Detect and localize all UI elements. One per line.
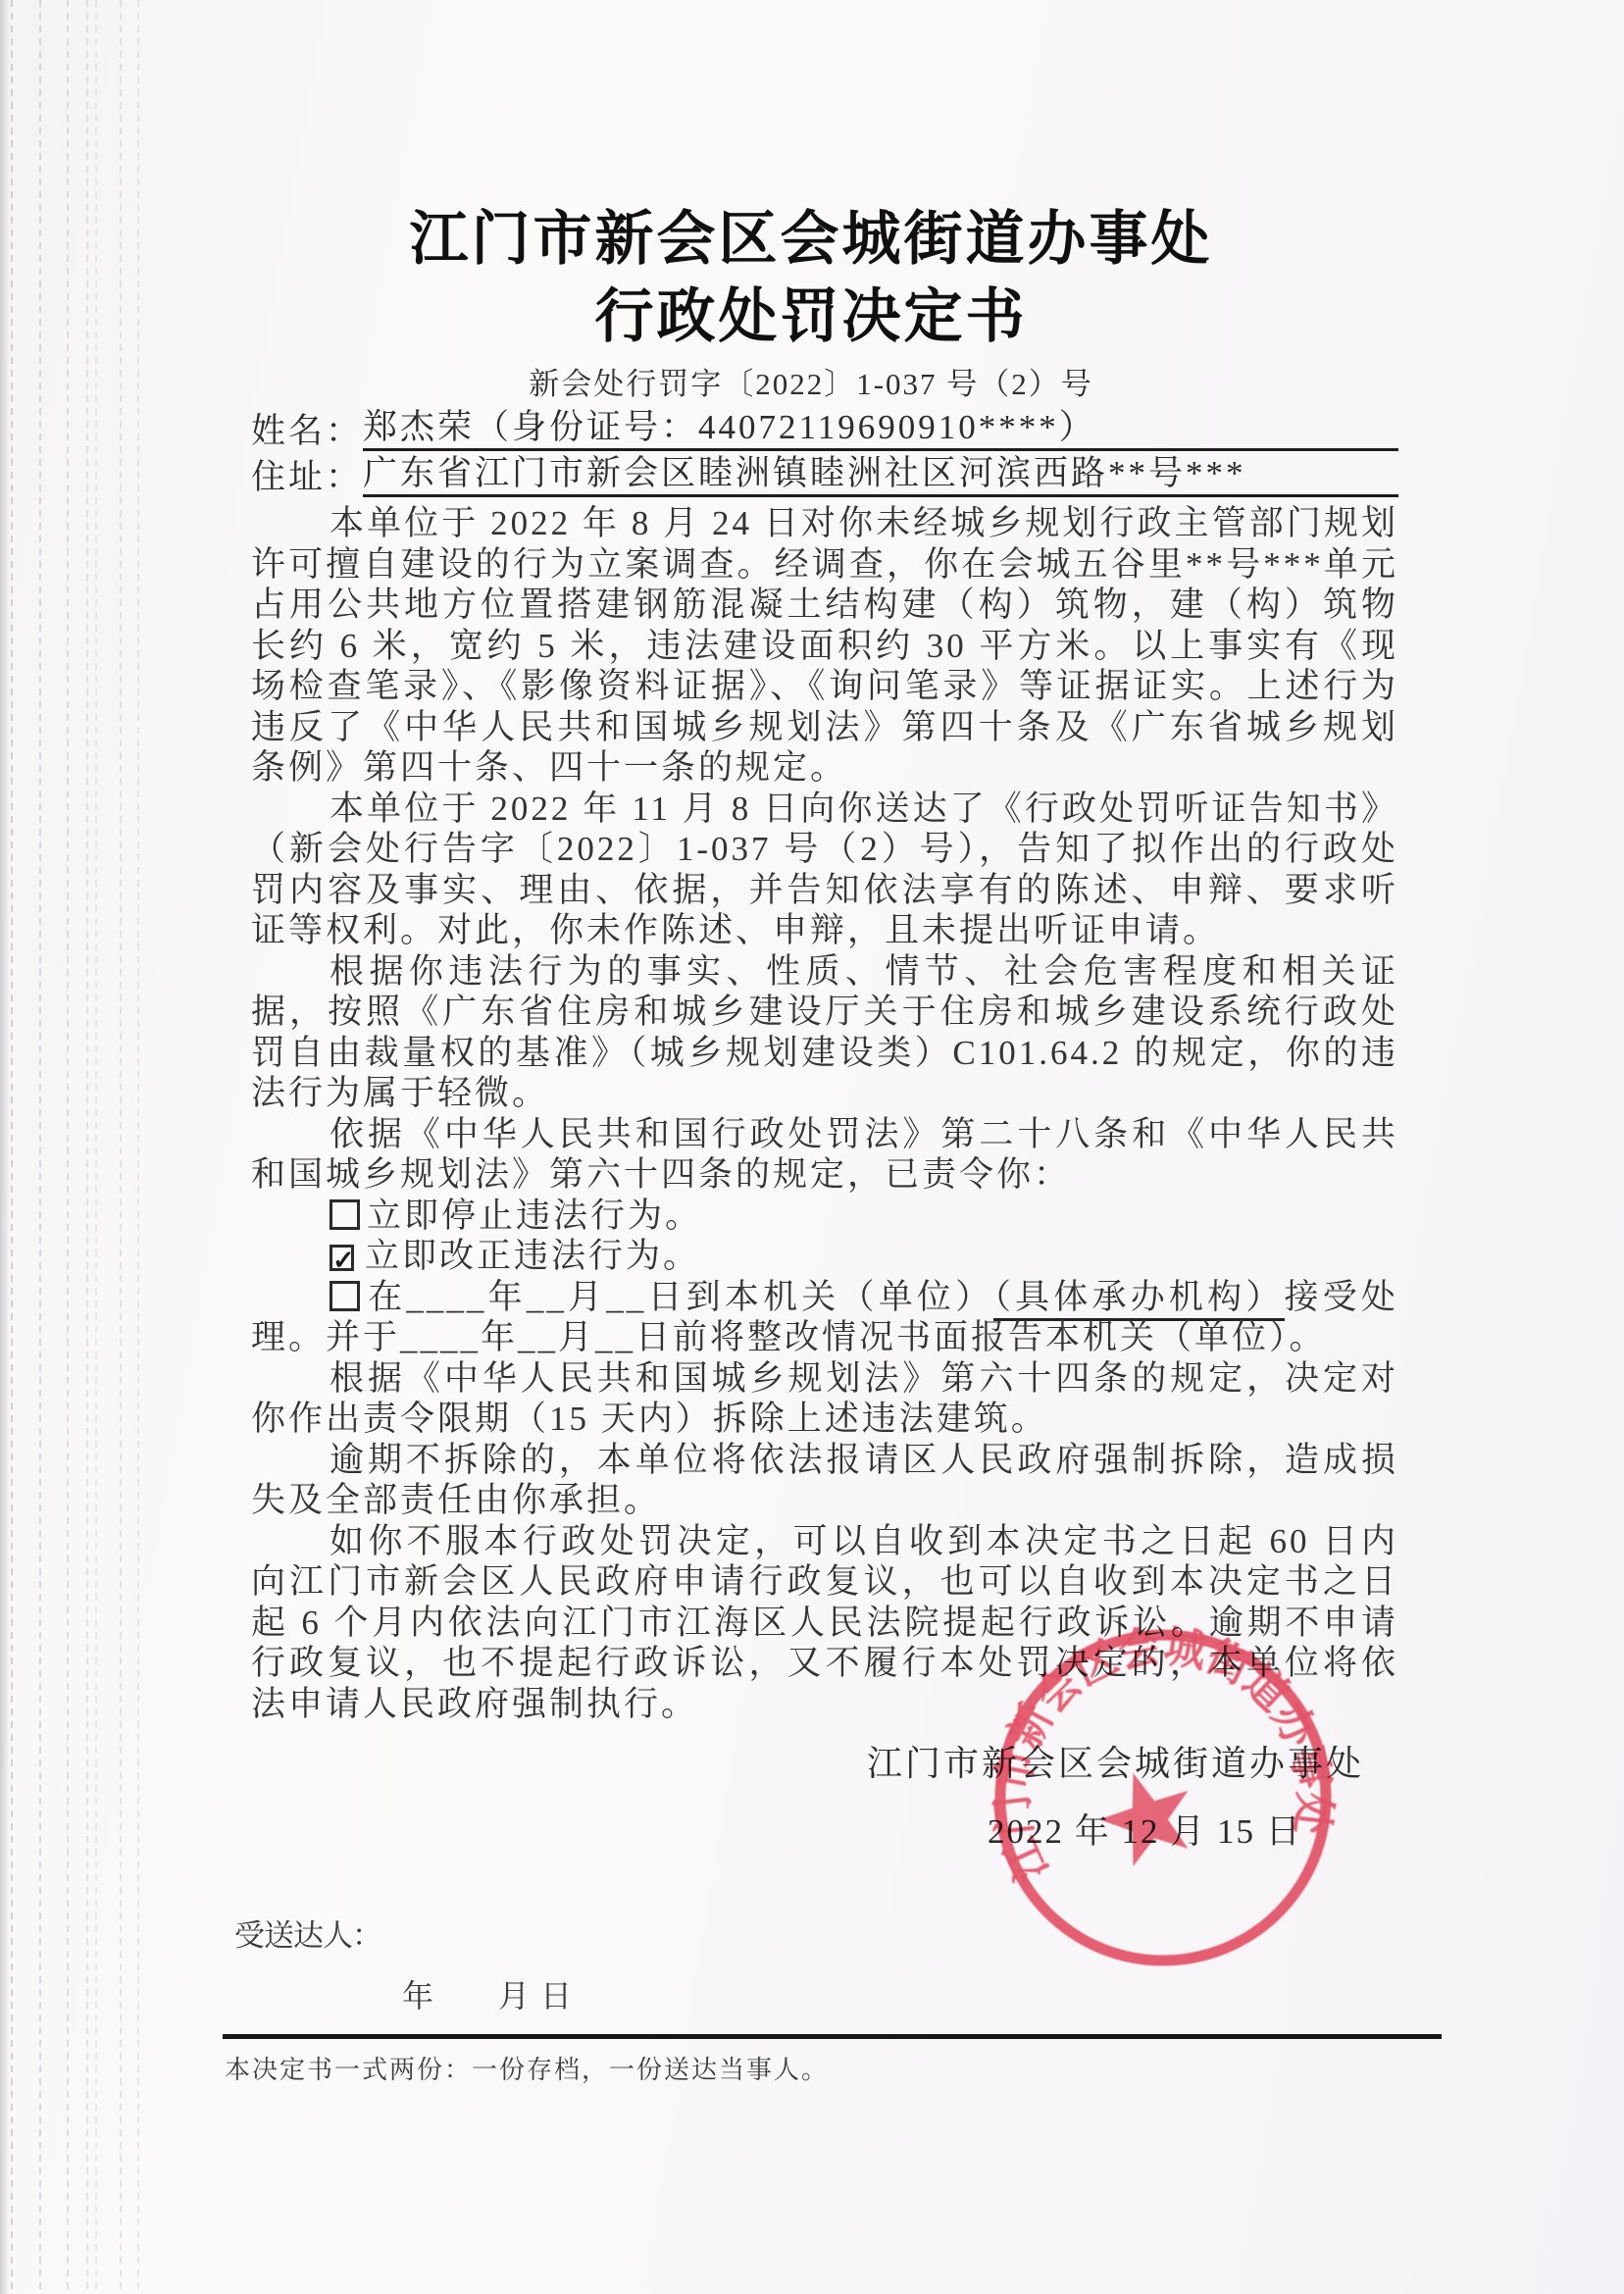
- paragraph-demolition-order: 根据《中华人民共和国城乡规划法》第六十四条的规定，决定对你作出责令限期（15 天…: [251, 1358, 1398, 1440]
- footer-divider: [223, 2034, 1442, 2039]
- order-option-report: 在____年__月__日到本机关（单位）（具体承办机构）接受处理。并于____年…: [251, 1277, 1398, 1358]
- document-body: 江门市新会区会城街道办事处 行政处罚决定书 新会处行罚字〔2022〕1-037 …: [251, 0, 1398, 1724]
- scan-artifact-line: [95, 0, 97, 2294]
- year-char: 年: [402, 1971, 433, 2016]
- day-char: 日: [540, 1971, 572, 2016]
- order-option-correct: ✓立即改正违法行为。: [251, 1236, 1398, 1277]
- scan-artifact-line: [11, 0, 13, 2294]
- address-label: 住址：: [251, 458, 363, 497]
- footer-note: 本决定书一式两份：一份存档，一份送达当事人。: [225, 2050, 829, 2086]
- document-title-org: 江门市新会区会城街道办事处: [237, 208, 1385, 271]
- checkbox-unchecked-icon: [330, 1281, 360, 1311]
- name-label: 姓名：: [251, 412, 363, 451]
- checkbox-unchecked-icon: [330, 1199, 360, 1230]
- scanned-penalty-decision-document: 江门市新会区会城街道办事处 行政处罚决定书 新会处行罚字〔2022〕1-037 …: [0, 0, 1624, 2294]
- seal-text: 江门市新会区会城街道办事处: [967, 1602, 1347, 1891]
- document-number: 新会处行罚字〔2022〕1-037 号（2）号: [237, 365, 1385, 404]
- scan-artifact-line: [137, 0, 139, 2294]
- order-option-label: 立即改正违法行为。: [365, 1237, 700, 1275]
- address-field-row: 住址： 广东省江门市新会区睦洲镇睦洲社区河滨西路**号***: [251, 454, 1398, 497]
- order-option-label-pre: 在____年__月__日到本机关（单位）: [367, 1278, 993, 1316]
- order-option-stop: 立即停止违法行为。: [251, 1196, 1398, 1237]
- paragraph-forced-demolition: 逾期不拆除的，本单位将依法报请区人民政府强制拆除，造成损失及全部责任由你承担。: [251, 1440, 1398, 1521]
- name-value: 郑杰荣（身份证号：44072119690910****）: [363, 408, 1398, 451]
- recipient-signature-label: 受送达人：: [234, 1911, 381, 1955]
- order-option-label-underlined: （具体承办机构）: [993, 1278, 1284, 1321]
- scan-artifact-line: [67, 0, 69, 2294]
- paragraph-discretion-basis: 根据你违法行为的事实、性质、情节、社会危害程度和相关证据，按照《广东省住房和城乡…: [251, 951, 1398, 1114]
- scan-artifact-line: [86, 0, 88, 2294]
- checkbox-checked-icon: ✓: [330, 1245, 354, 1271]
- seal-star-icon: [1089, 1759, 1204, 1871]
- scanner-edge-shadow: [0, 0, 10, 2294]
- svg-text:江门市新会区会城街道办事处: 江门市新会区会城街道办事处: [967, 1602, 1347, 1891]
- paragraph-hearing-notice: 本单位于 2022 年 11 月 8 日向你送达了《行政处罚听证告知书》（新会处…: [251, 789, 1398, 951]
- paragraph-order-basis: 依据《中华人民共和国行政处罚法》第二十八条和《中华人民共和国城乡规划法》第六十四…: [251, 1114, 1398, 1196]
- paragraph-investigation: 本单位于 2022 年 8 月 24 日对你未经城乡规划行政主管部门规划许可擅自…: [251, 503, 1398, 789]
- address-value: 广东省江门市新会区睦洲镇睦洲社区河滨西路**号***: [363, 454, 1398, 497]
- scan-artifact-line: [39, 0, 41, 2294]
- document-title-type: 行政处罚决定书: [237, 285, 1385, 348]
- scan-artifact-line: [120, 0, 122, 2294]
- month-char: 月: [498, 1971, 530, 2016]
- official-seal-stamp: 江门市新会区会城街道办事处: [967, 1602, 1359, 1994]
- recipient-date-blanks: 年 月 日: [402, 1971, 657, 2011]
- order-option-label: 立即停止违法行为。: [367, 1197, 702, 1235]
- name-field-row: 姓名： 郑杰荣（身份证号：44072119690910****）: [251, 408, 1398, 451]
